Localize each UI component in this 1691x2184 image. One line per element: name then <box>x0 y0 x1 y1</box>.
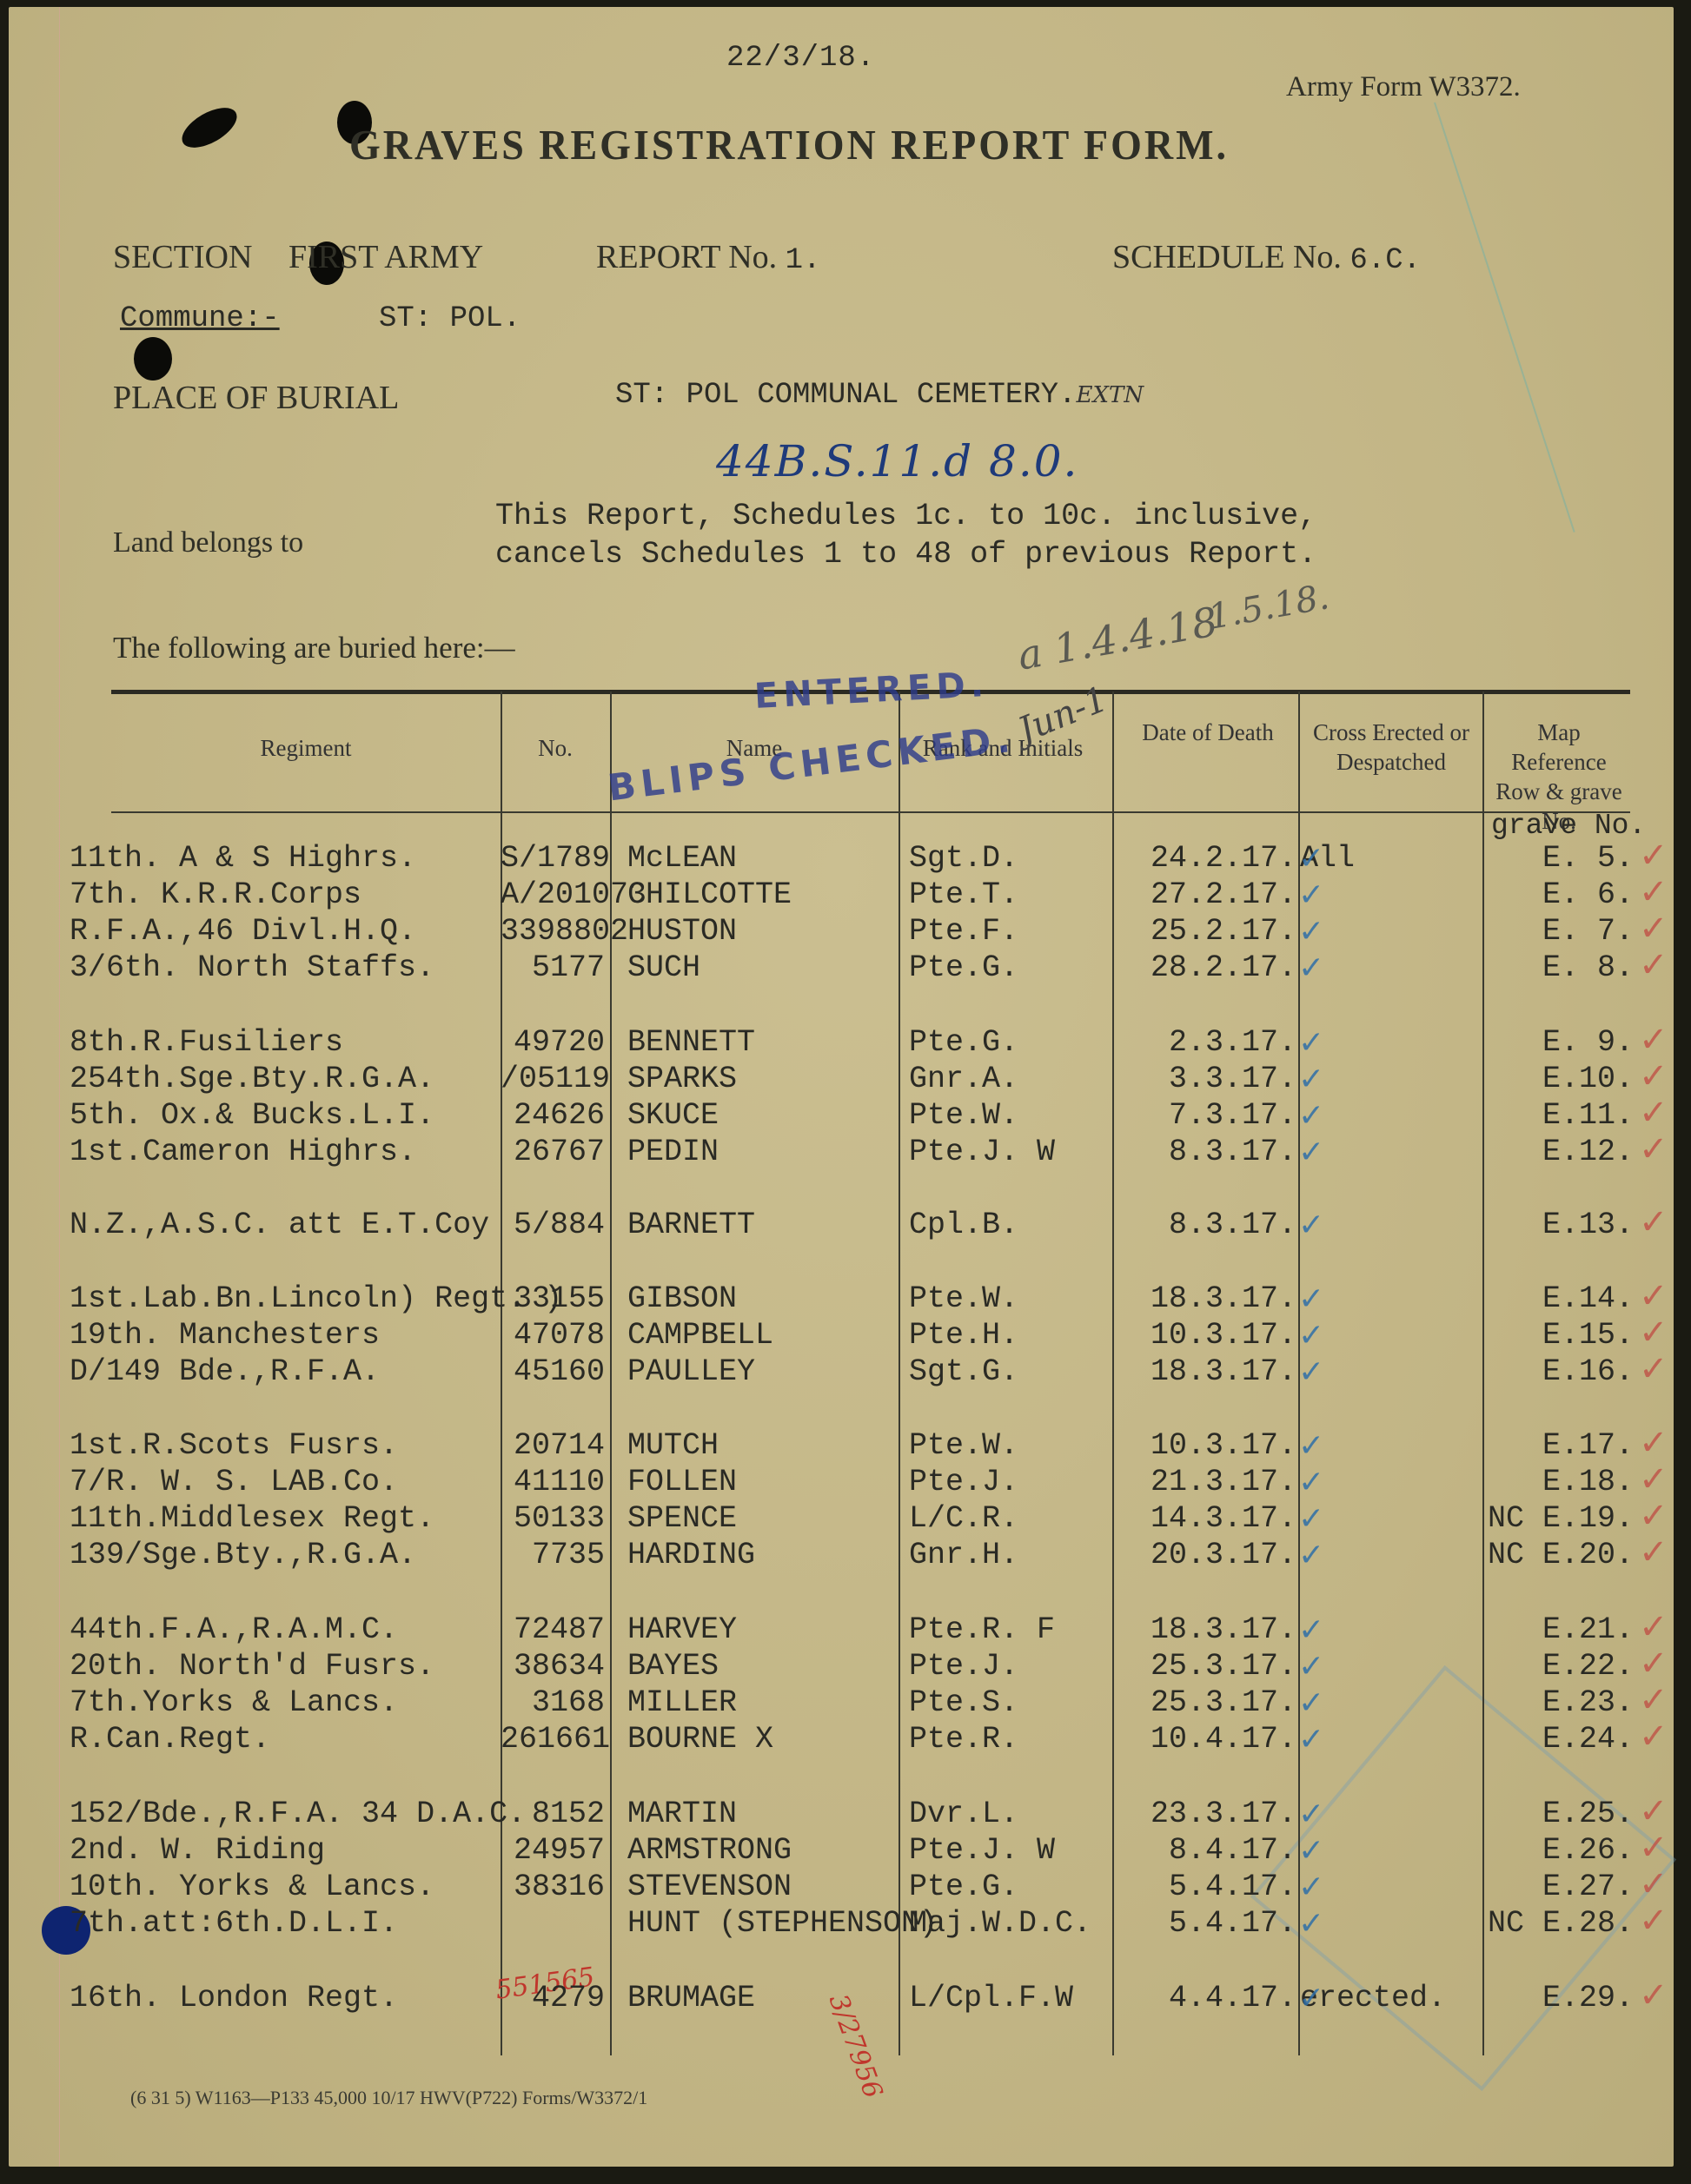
map-reference-cell: E.23. <box>1477 1685 1634 1720</box>
number-cell: 4279 <box>501 1981 605 2015</box>
name-cell: CHILCOTTE <box>627 877 792 912</box>
blue-check-icon: ✓ <box>1298 841 1324 877</box>
blue-check-icon: ✓ <box>1298 1649 1324 1684</box>
date-cell: 3.3.17. <box>1105 1062 1296 1096</box>
number-cell: 7735 <box>501 1538 605 1572</box>
red-check-icon: ✓ <box>1639 1093 1668 1133</box>
name-cell: HUSTON <box>627 914 737 949</box>
regiment-cell: 11th.Middlesex Regt. <box>70 1501 434 1536</box>
number-cell: 24957 <box>501 1833 605 1868</box>
red-check-icon: ✓ <box>1639 1202 1668 1242</box>
red-check-icon: ✓ <box>1639 872 1668 912</box>
date-cell: 25.3.17. <box>1105 1649 1296 1684</box>
name-cell: CAMPBELL <box>627 1318 773 1353</box>
punch-hole <box>176 100 243 156</box>
date-cell: 10.3.17. <box>1105 1318 1296 1353</box>
print-footer: (6 31 5) W1163—P133 45,000 10/17 HWV(P72… <box>130 2087 647 2109</box>
number-cell: 45160 <box>501 1354 605 1389</box>
date-cell: 28.2.17. <box>1105 950 1296 985</box>
burial-value: ST: POL COMMUNAL CEMETERY.EXTN <box>615 379 1144 412</box>
red-check-icon: ✓ <box>1639 909 1668 949</box>
name-cell: HARDING <box>627 1538 755 1572</box>
number-cell: 50133 <box>501 1501 605 1536</box>
name-cell: BENNETT <box>627 1025 755 1060</box>
map-reference-cell: E.16. <box>1477 1354 1634 1389</box>
regiment-cell: 2nd. W. Riding <box>70 1833 325 1868</box>
date-cell: 18.3.17. <box>1105 1612 1296 1647</box>
number-cell: 26767 <box>501 1135 605 1169</box>
regiment-cell: 16th. London Regt. <box>70 1981 398 2015</box>
blue-check-icon: ✓ <box>1298 1538 1324 1573</box>
map-reference-cell: E. 7. <box>1477 914 1634 949</box>
blue-check-icon: ✓ <box>1298 1981 1324 2016</box>
burial-value-typed: ST: POL COMMUNAL CEMETERY. <box>615 379 1077 412</box>
name-cell: BAYES <box>627 1649 719 1684</box>
map-reference-cell: E. 5. <box>1477 841 1634 876</box>
document-page: 22/3/18. Army Form W3372. GRAVES REGISTR… <box>9 7 1674 2167</box>
rank-cell: Sgt.G. <box>909 1354 1018 1389</box>
red-check-icon: ✓ <box>1639 836 1668 876</box>
punch-hole <box>134 337 172 381</box>
date-cell: 5.4.17. <box>1105 1906 1296 1941</box>
rank-cell: Pte.G. <box>909 950 1018 985</box>
column-divider <box>899 692 900 2055</box>
regiment-cell: 8th.R.Fusiliers <box>70 1025 343 1060</box>
blue-check-icon: ✓ <box>1298 1465 1324 1500</box>
date-cell: 23.3.17. <box>1105 1797 1296 1831</box>
name-cell: MARTIN <box>627 1797 737 1831</box>
name-cell: HUNT (STEPHENSON) <box>627 1906 938 1941</box>
name-cell: ARMSTRONG <box>627 1833 792 1868</box>
schedule-label: SCHEDULE No. <box>1112 239 1342 275</box>
blue-check-icon: ✓ <box>1298 950 1324 986</box>
number-cell: 261661 <box>501 1722 605 1757</box>
blue-check-icon: ✓ <box>1298 1428 1324 1464</box>
rank-cell: Pte.W. <box>909 1098 1018 1133</box>
blue-check-icon: ✓ <box>1298 1797 1324 1832</box>
col-header-regiment: Regiment <box>111 733 501 763</box>
stamp-slips-checked: BLIPS CHECKED. <box>606 717 1018 809</box>
map-reference-cell: E.10. <box>1477 1062 1634 1096</box>
regiment-cell: R.Can.Regt. <box>70 1722 270 1757</box>
date-cell: 5.4.17. <box>1105 1870 1296 1904</box>
number-cell: 8152 <box>501 1797 605 1831</box>
date-cell: 8.4.17. <box>1105 1833 1296 1868</box>
map-reference-cell: E.24. <box>1477 1722 1634 1757</box>
name-cell: STEVENSON <box>627 1870 792 1904</box>
name-cell: GIBSON <box>627 1281 737 1316</box>
rank-cell: Gnr.H. <box>909 1538 1018 1572</box>
rank-cell: Pte.T. <box>909 877 1018 912</box>
name-cell: BOURNE X <box>627 1722 773 1757</box>
regiment-cell: 20th. North'd Fusrs. <box>70 1649 434 1684</box>
name-cell: SPARKS <box>627 1062 737 1096</box>
col-header-cross: Cross Erected or Despatched <box>1302 718 1481 777</box>
blue-check-icon: ✓ <box>1298 1318 1324 1353</box>
blue-check-icon: ✓ <box>1298 1685 1324 1721</box>
rank-cell: Pte.G. <box>909 1025 1018 1060</box>
margin-line <box>59 7 60 2167</box>
number-cell: 38316 <box>501 1870 605 1904</box>
map-reference-cell: E.12. <box>1477 1135 1634 1169</box>
note-line-2: cancels Schedules 1 to 48 of previous Re… <box>495 537 1316 572</box>
blue-check-icon: ✓ <box>1298 1135 1324 1170</box>
name-cell: SKUCE <box>627 1098 719 1133</box>
rank-cell: Gnr.A. <box>909 1062 1018 1096</box>
red-check-icon: ✓ <box>1639 1129 1668 1169</box>
number-cell: /05119 <box>501 1062 605 1096</box>
rank-cell: Pte.R. F <box>909 1612 1055 1647</box>
map-reference-cell: E.25. <box>1477 1797 1634 1831</box>
blue-check-icon: ✓ <box>1298 877 1324 913</box>
map-reference-cell: E.13. <box>1477 1208 1634 1242</box>
map-reference-cell: NC E.20. <box>1477 1538 1634 1572</box>
blue-check-icon: ✓ <box>1298 914 1324 950</box>
pencil-line <box>1434 103 1575 533</box>
rank-cell: Maj.W.D.C. <box>909 1906 1091 1941</box>
regiment-cell: 139/Sge.Bty.,R.G.A. <box>70 1538 416 1572</box>
section-value: FIRST ARMY <box>288 238 483 276</box>
map-reference-cell: E.15. <box>1477 1318 1634 1353</box>
regiment-cell: 3/6th. North Staffs. <box>70 950 434 985</box>
number-cell: 5/884 <box>501 1208 605 1242</box>
red-check-icon: ✓ <box>1639 1644 1668 1684</box>
regiment-cell: 1st.R.Scots Fusrs. <box>70 1428 398 1463</box>
red-check-icon: ✓ <box>1639 1976 1668 2015</box>
blue-check-icon: ✓ <box>1298 1208 1324 1243</box>
red-check-icon: ✓ <box>1639 1056 1668 1096</box>
date-cell: 10.4.17. <box>1105 1722 1296 1757</box>
regiment-cell: 1st.Cameron Highrs. <box>70 1135 416 1169</box>
col-subheader-grave-no: grave No. <box>1491 810 1646 842</box>
form-number: Army Form W3372. <box>1286 71 1521 103</box>
blue-check-icon: ✓ <box>1298 1612 1324 1648</box>
date-cell: 8.3.17. <box>1105 1208 1296 1242</box>
pencil-date-2: 1.5.18. <box>1205 577 1332 638</box>
date-cell: 4.4.17. <box>1105 1981 1296 2015</box>
section-label: SECTION <box>113 238 252 276</box>
rank-cell: Pte.J. W <box>909 1833 1055 1868</box>
page-title: GRAVES REGISTRATION REPORT FORM. <box>349 121 1229 169</box>
regiment-cell: N.Z.,A.S.C. att E.T.Coy <box>70 1208 489 1242</box>
report-label: REPORT No. <box>596 239 777 275</box>
regiment-cell: D/149 Bde.,R.F.A. <box>70 1354 380 1389</box>
name-cell: PEDIN <box>627 1135 719 1169</box>
red-check-icon: ✓ <box>1639 1020 1668 1060</box>
name-cell: HARVEY <box>627 1612 737 1647</box>
number-cell: 24626 <box>501 1098 605 1133</box>
top-date: 22/3/18. <box>726 42 875 75</box>
name-cell: MUTCH <box>627 1428 719 1463</box>
number-cell: 47078 <box>501 1318 605 1353</box>
date-cell: 20.3.17. <box>1105 1538 1296 1572</box>
number-cell: A/201073 <box>501 877 605 912</box>
map-reference-cell: E.11. <box>1477 1098 1634 1133</box>
date-cell: 24.2.17. <box>1105 841 1296 876</box>
name-cell: SPENCE <box>627 1501 737 1536</box>
rank-cell: Cpl.B. <box>909 1208 1018 1242</box>
red-check-icon: ✓ <box>1639 1349 1668 1389</box>
number-cell: 3398802 <box>501 914 605 949</box>
col-header-date: Date of Death <box>1138 718 1277 747</box>
rank-cell: Pte.W. <box>909 1428 1018 1463</box>
red-check-icon: ✓ <box>1639 1607 1668 1647</box>
schedule-value: 6.C. <box>1349 244 1421 277</box>
regiment-cell: 7th.att:6th.D.L.I. <box>70 1906 398 1941</box>
commune-value: ST: POL. <box>379 302 521 335</box>
burial-value-handwritten: EXTN <box>1077 382 1144 408</box>
date-cell: 10.3.17. <box>1105 1428 1296 1463</box>
blue-check-icon: ✓ <box>1298 1833 1324 1869</box>
regiment-cell: 7th. K.R.R.Corps <box>70 877 361 912</box>
red-check-icon: ✓ <box>1639 1276 1668 1316</box>
date-cell: 14.3.17. <box>1105 1501 1296 1536</box>
map-reference-cell: E.21. <box>1477 1612 1634 1647</box>
map-reference-cell: E.18. <box>1477 1465 1634 1499</box>
rank-cell: Pte.W. <box>909 1281 1018 1316</box>
name-cell: SUCH <box>627 950 700 985</box>
map-reference-handwritten: 44B.S.11.d 8.0. <box>716 436 1078 486</box>
date-cell: 18.3.17. <box>1105 1354 1296 1389</box>
map-reference-cell: E.22. <box>1477 1649 1634 1684</box>
name-cell: FOLLEN <box>627 1465 737 1499</box>
blue-check-icon: ✓ <box>1298 1722 1324 1757</box>
col-header-no: No. <box>501 733 610 763</box>
red-check-icon: ✓ <box>1639 1717 1668 1757</box>
commune-label: Commune:- <box>120 302 280 335</box>
number-cell: S/1789 <box>501 841 605 876</box>
red-check-icon: ✓ <box>1639 1423 1668 1463</box>
rank-cell: Pte.H. <box>909 1318 1018 1353</box>
date-cell: 7.3.17. <box>1105 1098 1296 1133</box>
rank-cell: Dvr.L. <box>909 1797 1018 1831</box>
rank-cell: Pte.J. W <box>909 1135 1055 1169</box>
name-cell: BRUMAGE <box>627 1981 755 2015</box>
rank-cell: Pte.F. <box>909 914 1018 949</box>
name-cell: PAULLEY <box>627 1354 755 1389</box>
regiment-cell: R.F.A.,46 Divl.H.Q. <box>70 914 416 949</box>
number-cell: 33155 <box>501 1281 605 1316</box>
red-check-icon: ✓ <box>1639 945 1668 985</box>
map-reference-cell: E.26. <box>1477 1833 1634 1868</box>
rank-cell: L/Cpl.F.W <box>909 1981 1073 2015</box>
red-check-icon: ✓ <box>1639 1496 1668 1536</box>
number-cell: 20714 <box>501 1428 605 1463</box>
pencil-date-1: a 1.4.4.18 <box>1014 598 1221 679</box>
map-reference-cell: E. 8. <box>1477 950 1634 985</box>
red-number-2: 3/27956 <box>823 1990 889 2102</box>
blue-check-icon: ✓ <box>1298 1870 1324 1905</box>
red-check-icon: ✓ <box>1639 1901 1668 1941</box>
number-cell: 41110 <box>501 1465 605 1499</box>
rank-cell: L/C.R. <box>909 1501 1018 1536</box>
red-check-icon: ✓ <box>1639 1313 1668 1353</box>
map-reference-cell: E.29. <box>1477 1981 1634 2015</box>
blue-check-icon: ✓ <box>1298 1501 1324 1537</box>
red-check-icon: ✓ <box>1639 1864 1668 1904</box>
blue-check-icon: ✓ <box>1298 1098 1324 1134</box>
rank-cell: Pte.J. <box>909 1649 1018 1684</box>
name-cell: MILLER <box>627 1685 737 1720</box>
number-cell: 49720 <box>501 1025 605 1060</box>
number-cell: 72487 <box>501 1612 605 1647</box>
burial-label: PLACE OF BURIAL <box>113 379 399 417</box>
regiment-cell: 1st.Lab.Bn.Lincoln) Regt. ) <box>70 1281 562 1316</box>
date-cell: 21.3.17. <box>1105 1465 1296 1499</box>
map-reference-cell: NC E.19. <box>1477 1501 1634 1536</box>
map-reference-cell: NC E.28. <box>1477 1906 1634 1941</box>
following-label: The following are buried here:— <box>113 631 515 665</box>
blue-check-icon: ✓ <box>1298 1354 1324 1390</box>
number-cell: 38634 <box>501 1649 605 1684</box>
blue-check-icon: ✓ <box>1298 1906 1324 1942</box>
stamp-entered: ENTERED. <box>753 665 990 717</box>
number-cell: 5177 <box>501 950 605 985</box>
name-cell: McLEAN <box>627 841 737 876</box>
rank-cell: Sgt.D. <box>909 841 1018 876</box>
date-cell: 18.3.17. <box>1105 1281 1296 1316</box>
rank-cell: Pte.R. <box>909 1722 1018 1757</box>
number-cell: 3168 <box>501 1685 605 1720</box>
red-check-icon: ✓ <box>1639 1791 1668 1831</box>
regiment-cell: 254th.Sge.Bty.R.G.A. <box>70 1062 434 1096</box>
land-belongs-label: Land belongs to <box>113 526 303 559</box>
red-check-icon: ✓ <box>1639 1828 1668 1868</box>
regiment-cell: 10th. Yorks & Lancs. <box>70 1870 434 1904</box>
regiment-cell: 5th. Ox.& Bucks.L.I. <box>70 1098 434 1133</box>
red-check-icon: ✓ <box>1639 1680 1668 1720</box>
blue-check-icon: ✓ <box>1298 1281 1324 1317</box>
schedule-number: SCHEDULE No. 6.C. <box>1112 238 1421 277</box>
date-cell: 27.2.17. <box>1105 877 1296 912</box>
rank-cell: Pte.J. <box>909 1465 1018 1499</box>
map-reference-cell: E.27. <box>1477 1870 1634 1904</box>
report-number: REPORT No. 1. <box>596 238 820 277</box>
map-reference-cell: E. 9. <box>1477 1025 1634 1060</box>
date-cell: 25.2.17. <box>1105 914 1296 949</box>
report-value: 1. <box>786 244 821 277</box>
date-cell: 2.3.17. <box>1105 1025 1296 1060</box>
red-check-icon: ✓ <box>1639 1532 1668 1572</box>
name-cell: BARNETT <box>627 1208 755 1242</box>
note-line-1: This Report, Schedules 1c. to 10c. inclu… <box>495 499 1316 533</box>
table-header-rule <box>111 811 1630 813</box>
map-reference-cell: E.17. <box>1477 1428 1634 1463</box>
regiment-cell: 7th.Yorks & Lancs. <box>70 1685 398 1720</box>
map-reference-cell: E.14. <box>1477 1281 1634 1316</box>
regiment-cell: 11th. A & S Highrs. <box>70 841 416 876</box>
regiment-cell: 152/Bde.,R.F.A. 34 D.A.C. <box>70 1797 526 1831</box>
rank-cell: Pte.S. <box>909 1685 1018 1720</box>
date-cell: 8.3.17. <box>1105 1135 1296 1169</box>
regiment-cell: 7/R. W. S. LAB.Co. <box>70 1465 398 1499</box>
map-reference-cell: E. 6. <box>1477 877 1634 912</box>
blue-check-icon: ✓ <box>1298 1025 1324 1061</box>
date-cell: 25.3.17. <box>1105 1685 1296 1720</box>
rank-cell: Pte.G. <box>909 1870 1018 1904</box>
red-check-icon: ✓ <box>1639 1459 1668 1499</box>
blue-check-icon: ✓ <box>1298 1062 1324 1097</box>
regiment-cell: 44th.F.A.,R.A.M.C. <box>70 1612 398 1647</box>
regiment-cell: 19th. Manchesters <box>70 1318 380 1353</box>
